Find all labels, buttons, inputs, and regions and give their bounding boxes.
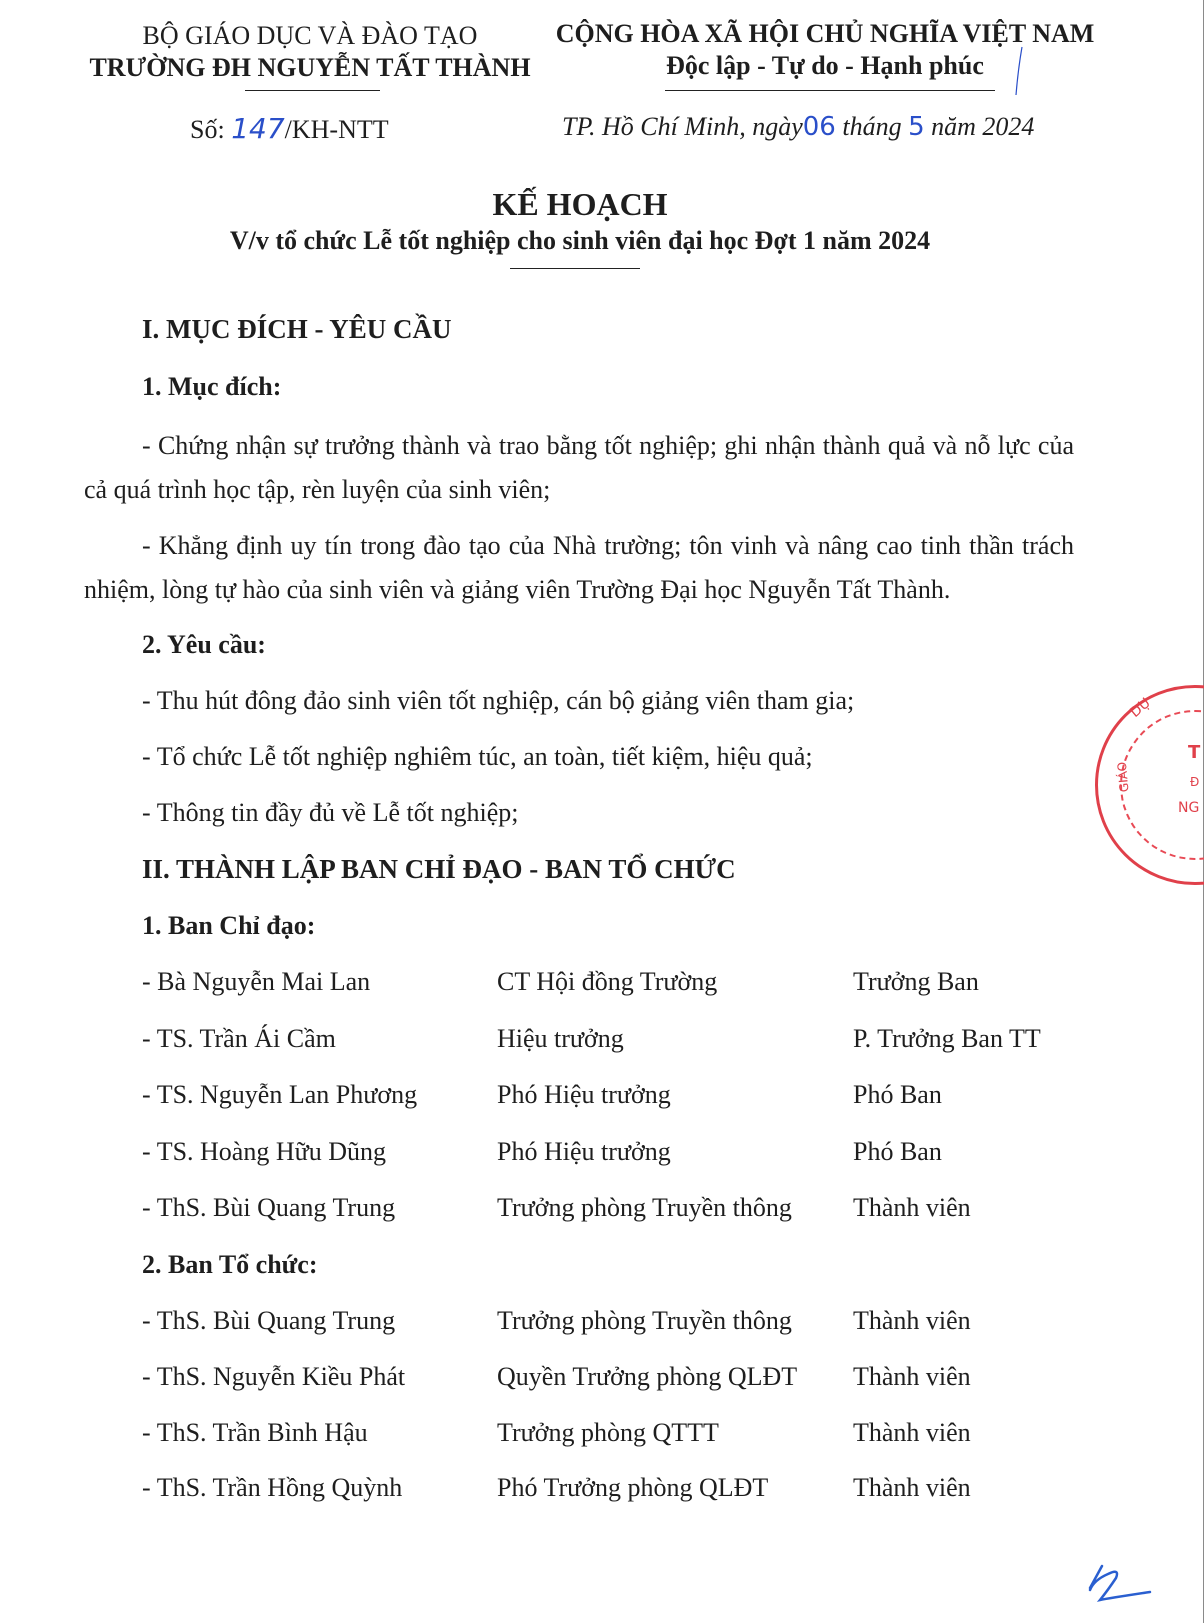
date-place: TP. Hồ Chí Minh, ngày [562, 112, 803, 141]
member-position: Phó Trưởng phòng QLĐT [497, 1473, 768, 1503]
handwritten-month: 5 [908, 112, 925, 142]
member-role: Thành viên [853, 1362, 971, 1392]
requirement-item: - Tổ chức Lễ tốt nghiệp nghiêm túc, an t… [142, 742, 813, 772]
member-name: - ThS. Bùi Quang Trung [142, 1306, 395, 1336]
member-role: Phó Ban [853, 1137, 942, 1167]
member-position: Phó Hiệu trưởng [497, 1080, 671, 1110]
requirement-item: - Thu hút đông đảo sinh viên tốt nghiệp,… [142, 686, 854, 716]
member-position: Quyền Trưởng phòng QLĐT [497, 1362, 797, 1392]
steering-committee-heading: 1. Ban Chỉ đạo: [142, 911, 315, 941]
requirement-item: - Thông tin đầy đủ về Lễ tốt nghiệp; [142, 798, 518, 828]
number-prefix: Số: [190, 115, 225, 144]
organizing-committee-heading: 2. Ban Tổ chức: [142, 1250, 317, 1280]
member-role: Thành viên [853, 1193, 971, 1223]
member-role: Trưởng Ban [853, 967, 979, 997]
motto-underline [665, 90, 995, 91]
title-underline [510, 268, 640, 269]
member-name: - TS. Nguyễn Lan Phương [142, 1080, 417, 1110]
member-position: Trưởng phòng Truyền thông [497, 1306, 792, 1336]
member-role: Thành viên [853, 1473, 971, 1503]
member-role: Thành viên [853, 1306, 971, 1336]
number-suffix: /KH-NTT [285, 115, 389, 144]
document-page: BỘ GIÁO DỤC VÀ ĐÀO TẠO TRƯỜNG ĐH NGUYỄN … [0, 0, 1204, 1623]
member-name: - ThS. Trần Bình Hậu [142, 1418, 368, 1448]
handwritten-number: 147 [231, 112, 284, 145]
member-name: - ThS. Trần Hồng Quỳnh [142, 1473, 402, 1503]
purpose-item-2: - Khẳng định uy tín trong đào tạo của Nh… [84, 524, 1074, 612]
member-name: - ThS. Nguyễn Kiều Phát [142, 1362, 405, 1392]
member-role: P. Trưởng Ban TT [853, 1024, 1041, 1054]
pen-mark-icon [1010, 45, 1030, 100]
member-name: - Bà Nguyễn Mai Lan [142, 967, 370, 997]
document-date: TP. Hồ Chí Minh, ngày06 tháng 5 năm 2024 [562, 112, 1034, 142]
month-label: tháng [842, 112, 901, 141]
section-2-heading: II. THÀNH LẬP BAN CHỈ ĐẠO - BAN TỔ CHỨC [142, 854, 736, 885]
school-name: TRƯỜNG ĐH NGUYỄN TẤT THÀNH [60, 52, 560, 84]
member-position: Hiệu trưởng [497, 1024, 624, 1054]
handwritten-day: 06 [803, 112, 836, 142]
member-name: - TS. Trần Ái Cầm [142, 1024, 336, 1054]
member-role: Thành viên [853, 1418, 971, 1448]
member-name: - TS. Hoàng Hữu Dũng [142, 1137, 386, 1167]
purpose-item-1: - Chứng nhận sự trưởng thành và trao bằn… [84, 424, 1074, 512]
document-title: KẾ HOẠCH [0, 186, 1160, 223]
issuer-block: BỘ GIÁO DỤC VÀ ĐÀO TẠO TRƯỜNG ĐH NGUYỄN … [60, 20, 560, 84]
document-subject: V/v tổ chức Lễ tốt nghiệp cho sinh viên … [0, 226, 1160, 256]
member-position: CT Hội đồng Trường [497, 967, 717, 997]
member-position: Trưởng phòng Truyền thông [497, 1193, 792, 1223]
requirements-heading: 2. Yêu cầu: [142, 630, 266, 660]
purpose-heading: 1. Mục đích: [142, 372, 281, 402]
member-role: Phó Ban [853, 1080, 942, 1110]
member-name: - ThS. Bùi Quang Trung [142, 1193, 395, 1223]
ministry-name: BỘ GIÁO DỤC VÀ ĐÀO TẠO [60, 20, 560, 52]
date-year: năm 2024 [931, 112, 1034, 141]
initials-signature-icon [1080, 1560, 1170, 1610]
member-position: Trưởng phòng QTTT [497, 1418, 719, 1448]
section-1-heading: I. MỤC ĐÍCH - YÊU CẦU [142, 314, 452, 345]
issuer-underline [245, 90, 380, 91]
member-position: Phó Hiệu trưởng [497, 1137, 671, 1167]
document-number: Số: 147/KH-NTT [190, 112, 389, 145]
